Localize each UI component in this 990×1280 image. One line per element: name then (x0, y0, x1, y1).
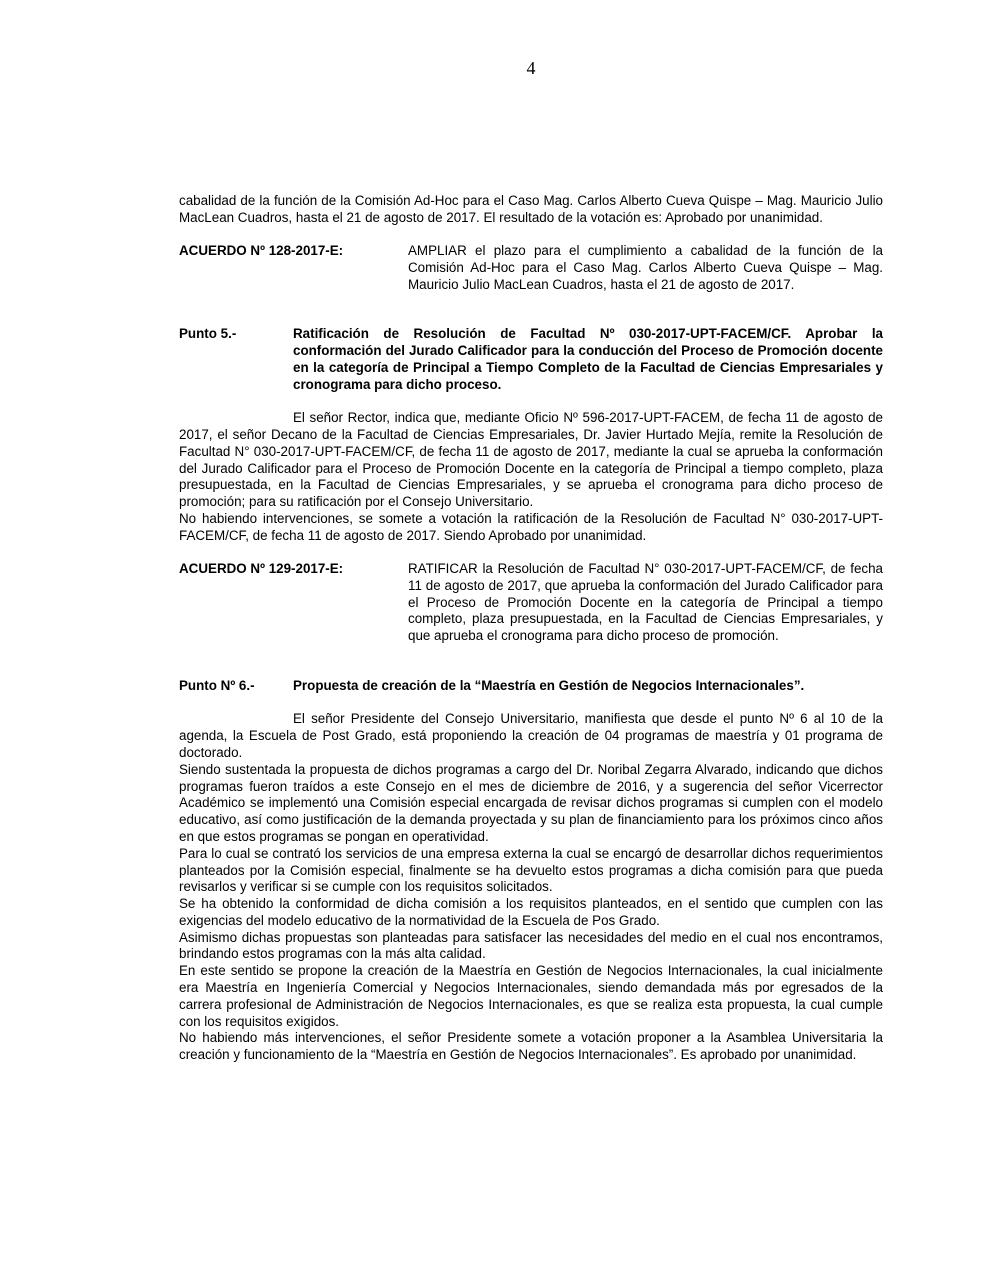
acuerdo-129: ACUERDO Nº 129-2017-E: RATIFICAR la Reso… (179, 561, 883, 645)
punto-6-heading: Punto Nº 6.- Propuesta de creación de la… (179, 678, 883, 695)
acuerdo-129-label: ACUERDO Nº 129-2017-E: (179, 561, 408, 645)
punto-5-paragraph: El señor Rector, indica que, mediante Of… (179, 410, 883, 511)
punto-6-paragraph: Siendo sustentada la propuesta de dichos… (179, 762, 883, 846)
punto-6-label: Punto Nº 6.- (179, 678, 293, 695)
acuerdo-129-text: RATIFICAR la Resolución de Facultad N° 0… (408, 561, 883, 645)
punto-6-paragraph: No habiendo más intervenciones, el señor… (179, 1030, 883, 1064)
punto-5-title: Ratificación de Resolución de Facultad N… (293, 326, 883, 393)
punto-6-paragraph: Se ha obtenido la conformidad de dicha c… (179, 896, 883, 930)
punto-5-label: Punto 5.- (179, 326, 293, 393)
acuerdo-128: ACUERDO Nº 128-2017-E: AMPLIAR el plazo … (179, 243, 883, 293)
punto-6-paragraph: En este sentido se propone la creación d… (179, 963, 883, 1030)
punto-6-paragraph: El señor Presidente del Consejo Universi… (179, 711, 883, 761)
punto-5-paragraph: No habiendo intervenciones, se somete a … (179, 511, 883, 545)
intro-paragraph: cabalidad de la función de la Comisión A… (179, 193, 883, 227)
punto-6-paragraph: Asimismo dichas propuestas son planteada… (179, 930, 883, 964)
document-page: 4 cabalidad de la función de la Comisión… (0, 0, 990, 1280)
acuerdo-128-text: AMPLIAR el plazo para el cumplimiento a … (408, 243, 883, 293)
punto-5-heading: Punto 5.- Ratificación de Resolución de … (179, 326, 883, 393)
acuerdo-128-label: ACUERDO Nº 128-2017-E: (179, 243, 408, 293)
document-body: cabalidad de la función de la Comisión A… (179, 193, 883, 1064)
punto-6-paragraph: Para lo cual se contrató los servicios d… (179, 846, 883, 896)
punto-6-title: Propuesta de creación de la “Maestría en… (293, 678, 883, 695)
page-number: 4 (0, 58, 990, 79)
